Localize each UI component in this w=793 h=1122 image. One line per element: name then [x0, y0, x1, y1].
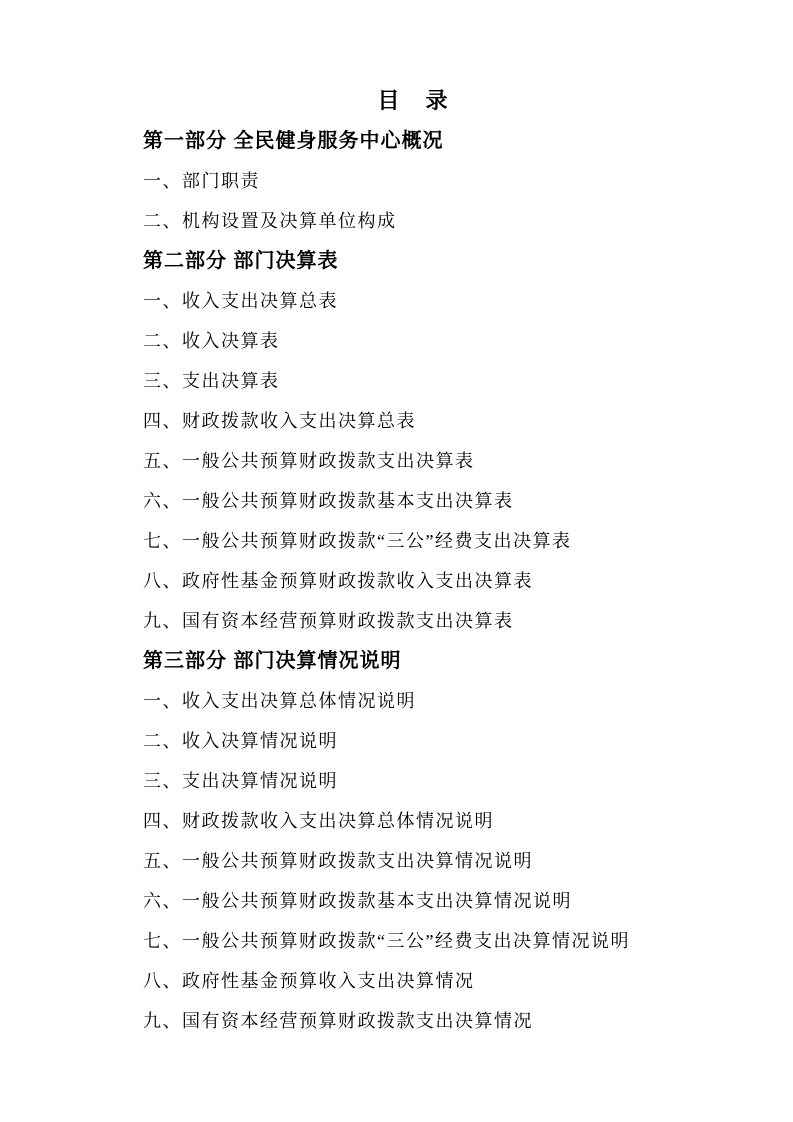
toc-item-part3-6: 六、一般公共预算财政拨款基本支出决算情况说明: [0, 881, 793, 921]
toc-item-part2-8: 八、政府性基金预算财政拨款收入支出决算表: [0, 561, 793, 601]
document-page: 目 录 第一部分 全民健身服务中心概况 一、部门职责 二、机构设置及决算单位构成…: [0, 0, 793, 1122]
toc-item-part2-5: 五、一般公共预算财政拨款支出决算表: [0, 441, 793, 481]
toc-item-part3-9: 九、国有资本经营预算财政拨款支出决算情况: [0, 1001, 793, 1041]
toc-item-part3-1: 一、收入支出决算总体情况说明: [0, 681, 793, 721]
toc-item-part2-1: 一、收入支出决算总表: [0, 281, 793, 321]
section-heading-part2: 第二部分 部门决算表: [0, 241, 793, 281]
toc-item-part2-2: 二、收入决算表: [0, 321, 793, 361]
toc-item-part1-1: 一、部门职责: [0, 161, 793, 201]
toc-item-part2-7: 七、一般公共预算财政拨款“三公”经费支出决算表: [0, 521, 793, 561]
toc-item-part3-4: 四、财政拨款收入支出决算总体情况说明: [0, 801, 793, 841]
toc-item-part3-8: 八、政府性基金预算收入支出决算情况: [0, 961, 793, 1001]
section-heading-part1: 第一部分 全民健身服务中心概况: [0, 121, 793, 161]
toc-item-part2-6: 六、一般公共预算财政拨款基本支出决算表: [0, 481, 793, 521]
toc-item-part3-7: 七、一般公共预算财政拨款“三公”经费支出决算情况说明: [0, 921, 793, 961]
toc-item-part2-4: 四、财政拨款收入支出决算总表: [0, 401, 793, 441]
section-heading-part3: 第三部分 部门决算情况说明: [0, 641, 793, 681]
toc-item-part1-2: 二、机构设置及决算单位构成: [0, 201, 793, 241]
toc-item-part3-3: 三、支出决算情况说明: [0, 761, 793, 801]
toc-item-part2-3: 三、支出决算表: [0, 361, 793, 401]
toc-item-part3-5: 五、一般公共预算财政拨款支出决算情况说明: [0, 841, 793, 881]
toc-title: 目 录: [0, 81, 793, 121]
toc-item-part3-2: 二、收入决算情况说明: [0, 721, 793, 761]
toc-item-part2-9: 九、国有资本经营预算财政拨款支出决算表: [0, 601, 793, 641]
